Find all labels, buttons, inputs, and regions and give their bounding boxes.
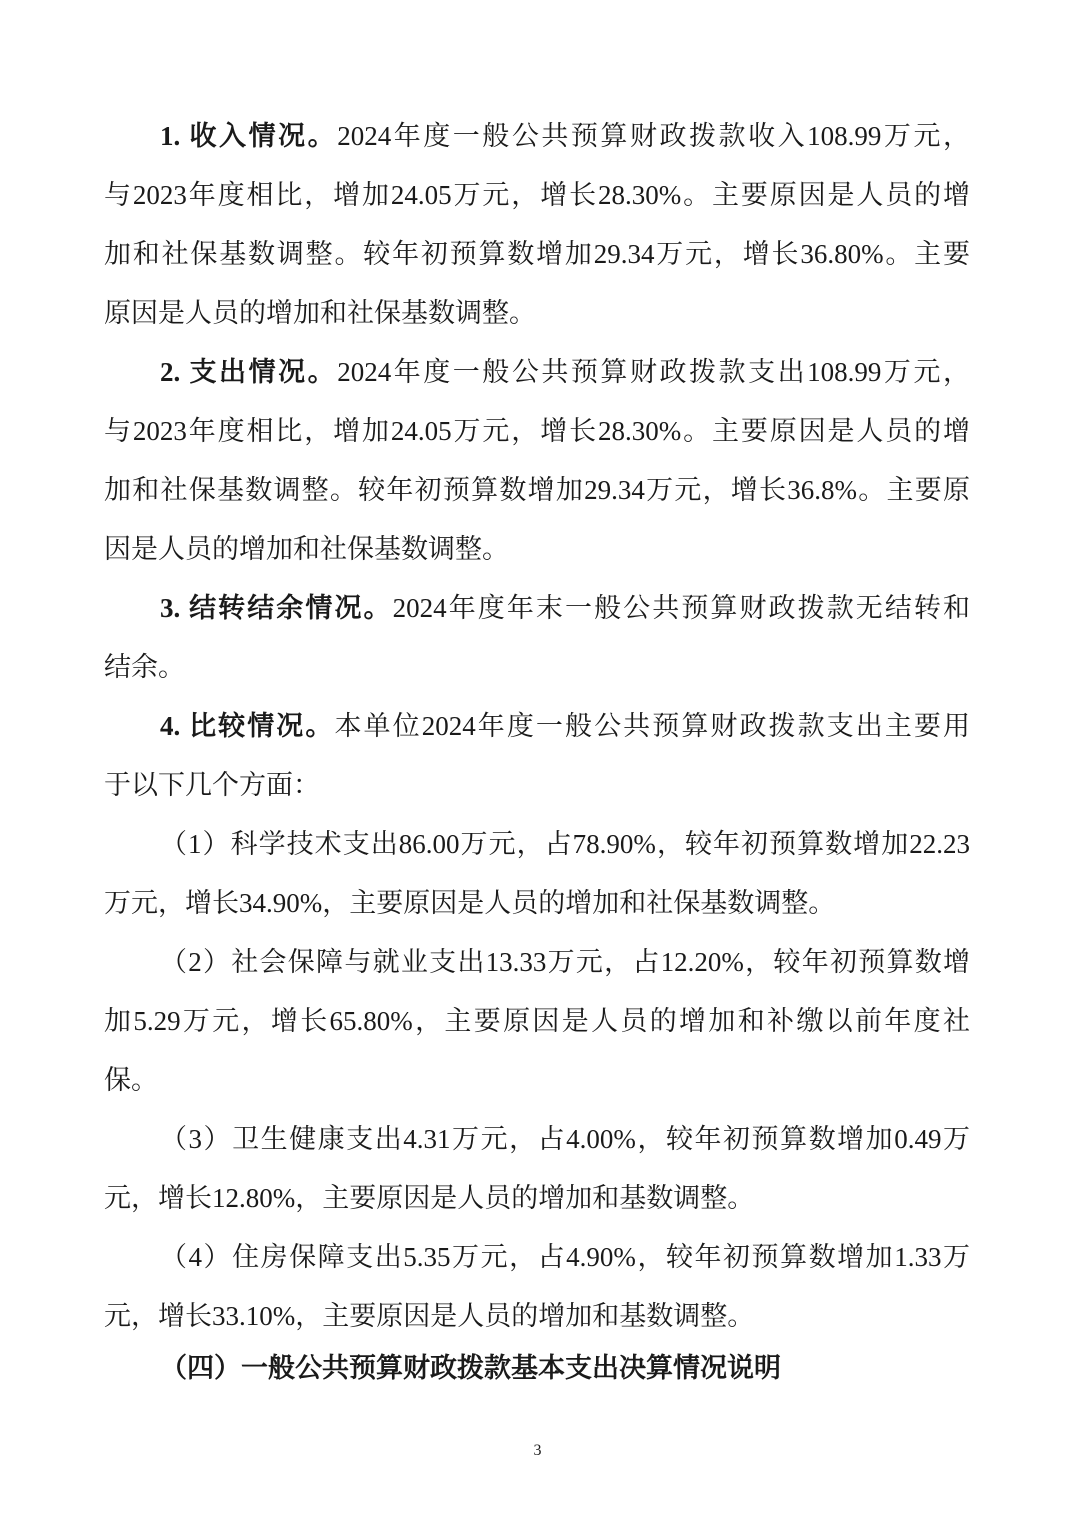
section-1-line-1: 1. 收入情况。2024年度一般公共预算财政拨款收入108.99万元， xyxy=(160,118,970,154)
item-4-line-1: （4）住房保障支出5.35万元，占4.90%，较年初预算数增加1.33万 xyxy=(160,1239,970,1275)
section-3-line-2: 结余。 xyxy=(104,649,970,685)
item-1-line-2: 万元，增长34.90%，主要原因是人员的增加和社保基数调整。 xyxy=(104,885,970,921)
item-2-line-3: 保。 xyxy=(104,1062,970,1098)
section-4-line-1: 4. 比较情况。本单位2024年度一般公共预算财政拨款支出主要用 xyxy=(160,708,970,744)
item-4-line-2: 元，增长33.10%，主要原因是人员的增加和基数调整。 xyxy=(104,1298,970,1334)
section-2-line-3: 加和社保基数调整。较年初预算数增加29.34万元，增长36.8%。主要原 xyxy=(104,472,970,508)
section-1-line-4: 原因是人员的增加和社保基数调整。 xyxy=(104,295,970,331)
item-2-line-2: 加5.29万元，增长65.80%，主要原因是人员的增加和补缴以前年度社 xyxy=(104,1003,970,1039)
page-number: 3 xyxy=(0,1442,1075,1460)
section-1-line-3: 加和社保基数调整。较年初预算数增加29.34万元，增长36.80%。主要 xyxy=(104,236,970,272)
section-4-line-2: 于以下几个方面： xyxy=(104,767,970,803)
section-heading: （四）一般公共预算财政拨款基本支出决算情况说明 xyxy=(160,1350,781,1386)
section-2-line-1: 2. 支出情况。2024年度一般公共预算财政拨款支出108.99万元， xyxy=(160,354,970,390)
section-4-title: 4. 比较情况。 xyxy=(160,711,334,741)
section-2-line-4: 因是人员的增加和社保基数调整。 xyxy=(104,531,970,567)
section-1-line-2: 与2023年度相比，增加24.05万元，增长28.30%。主要原因是人员的增 xyxy=(104,177,970,213)
item-3-line-2: 元，增长12.80%，主要原因是人员的增加和基数调整。 xyxy=(104,1180,970,1216)
section-1-title: 1. 收入情况。 xyxy=(160,121,337,151)
item-1-line-1: （1）科学技术支出86.00万元，占78.90%，较年初预算数增加22.23 xyxy=(160,826,970,862)
section-2-title: 2. 支出情况。 xyxy=(160,357,337,387)
section-2-line-2: 与2023年度相比，增加24.05万元，增长28.30%。主要原因是人员的增 xyxy=(104,413,970,449)
section-3-line-1: 3. 结转结余情况。2024年度年末一般公共预算财政拨款无结转和 xyxy=(160,590,970,626)
item-3-line-1: （3）卫生健康支出4.31万元，占4.00%，较年初预算数增加0.49万 xyxy=(160,1121,970,1157)
section-3-title: 3. 结转结余情况。 xyxy=(160,593,393,623)
item-2-line-1: （2）社会保障与就业支出13.33万元，占12.20%，较年初预算数增 xyxy=(160,944,970,980)
